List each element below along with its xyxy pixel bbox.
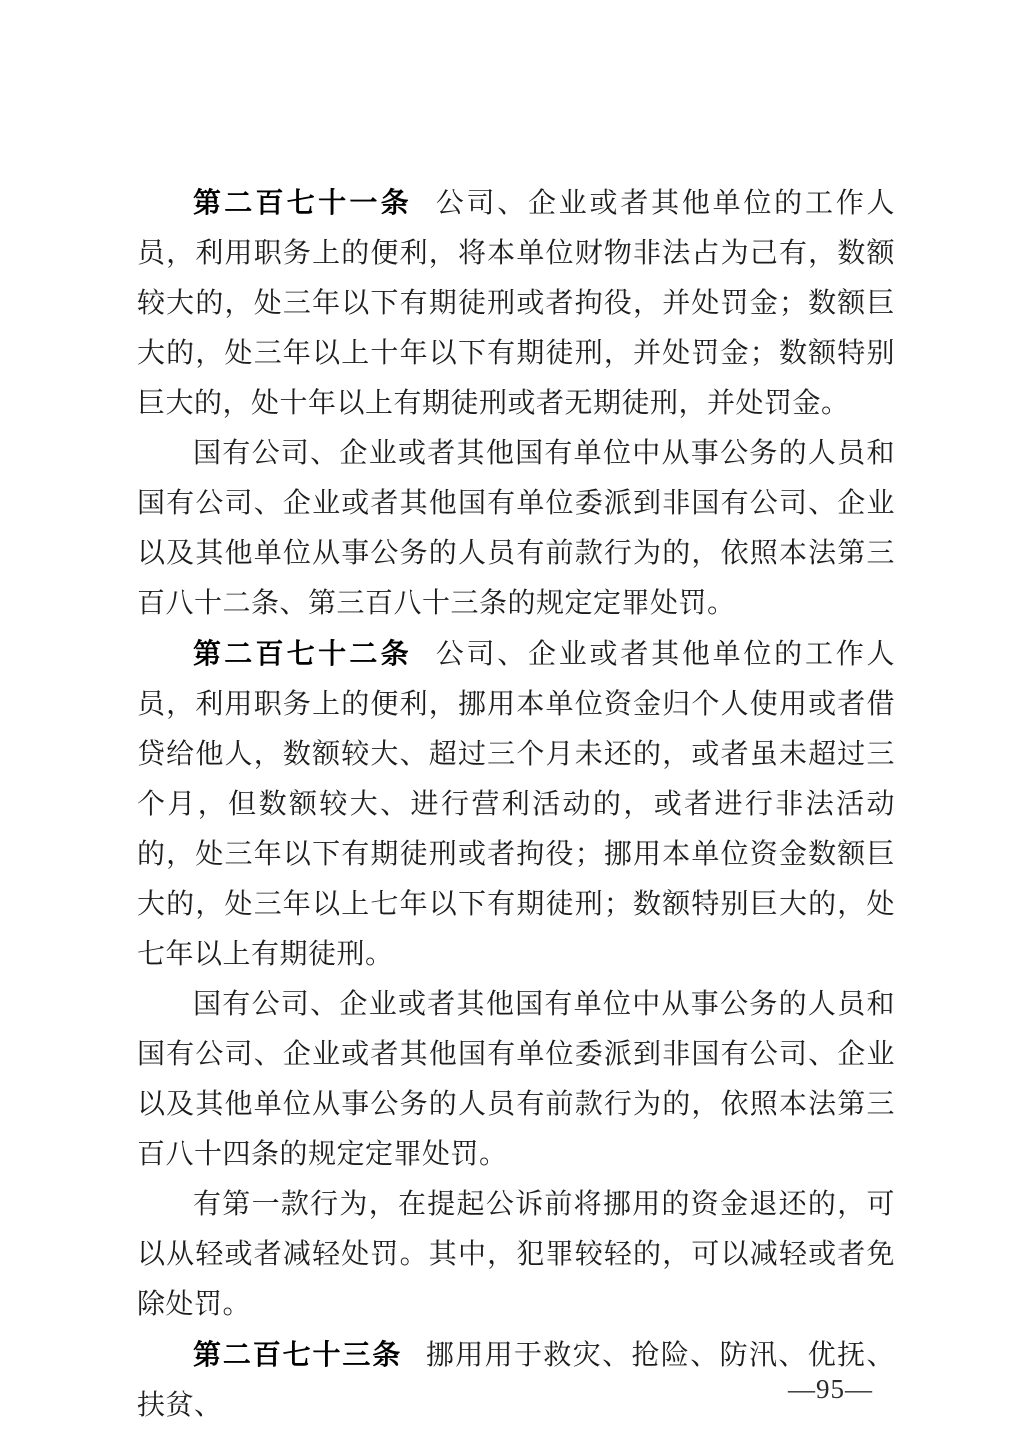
law-paragraph: 国有公司、企业或者其他国有单位中从事公务的人员和国有公司、企业或者其他国有单位委… <box>137 980 895 1180</box>
paragraph-text: 国有公司、企业或者其他国有单位中从事公务的人员和国有公司、企业或者其他国有单位委… <box>137 438 895 619</box>
law-paragraph: 国有公司、企业或者其他国有单位中从事公务的人员和国有公司、企业或者其他国有单位委… <box>137 429 895 629</box>
article-number-heading: 第二百七十二条 <box>193 638 412 669</box>
page-number: —95— <box>788 1374 873 1405</box>
law-paragraph: 第二百七十二条公司、企业或者其他单位的工作人员，利用职务上的便利，挪用本单位资金… <box>137 629 895 980</box>
paragraph-text: 公司、企业或者其他单位的工作人员，利用职务上的便利，将本单位财物非法占为己有，数… <box>137 188 895 419</box>
law-paragraph: 有第一款行为，在提起公诉前将挪用的资金退还的，可以从轻或者减轻处罚。其中，犯罪较… <box>137 1180 895 1330</box>
article-number-heading: 第二百七十一条 <box>193 187 412 218</box>
paragraph-text: 公司、企业或者其他单位的工作人员，利用职务上的便利，挪用本单位资金归个人使用或者… <box>137 639 895 970</box>
legal-text-block: 第二百七十一条公司、企业或者其他单位的工作人员，利用职务上的便利，将本单位财物非… <box>137 178 895 1431</box>
paragraph-text: 有第一款行为，在提起公诉前将挪用的资金退还的，可以从轻或者减轻处罚。其中，犯罪较… <box>137 1189 895 1320</box>
paragraph-text: 国有公司、企业或者其他国有单位中从事公务的人员和国有公司、企业或者其他国有单位委… <box>137 989 895 1170</box>
law-paragraph: 第二百七十三条挪用用于救灾、抢险、防汛、优抚、扶贫、 <box>137 1330 895 1431</box>
law-paragraph: 第二百七十一条公司、企业或者其他单位的工作人员，利用职务上的便利，将本单位财物非… <box>137 178 895 429</box>
document-page: 第二百七十一条公司、企业或者其他单位的工作人员，利用职务上的便利，将本单位财物非… <box>0 0 1024 1448</box>
article-number-heading: 第二百七十三条 <box>193 1339 402 1370</box>
